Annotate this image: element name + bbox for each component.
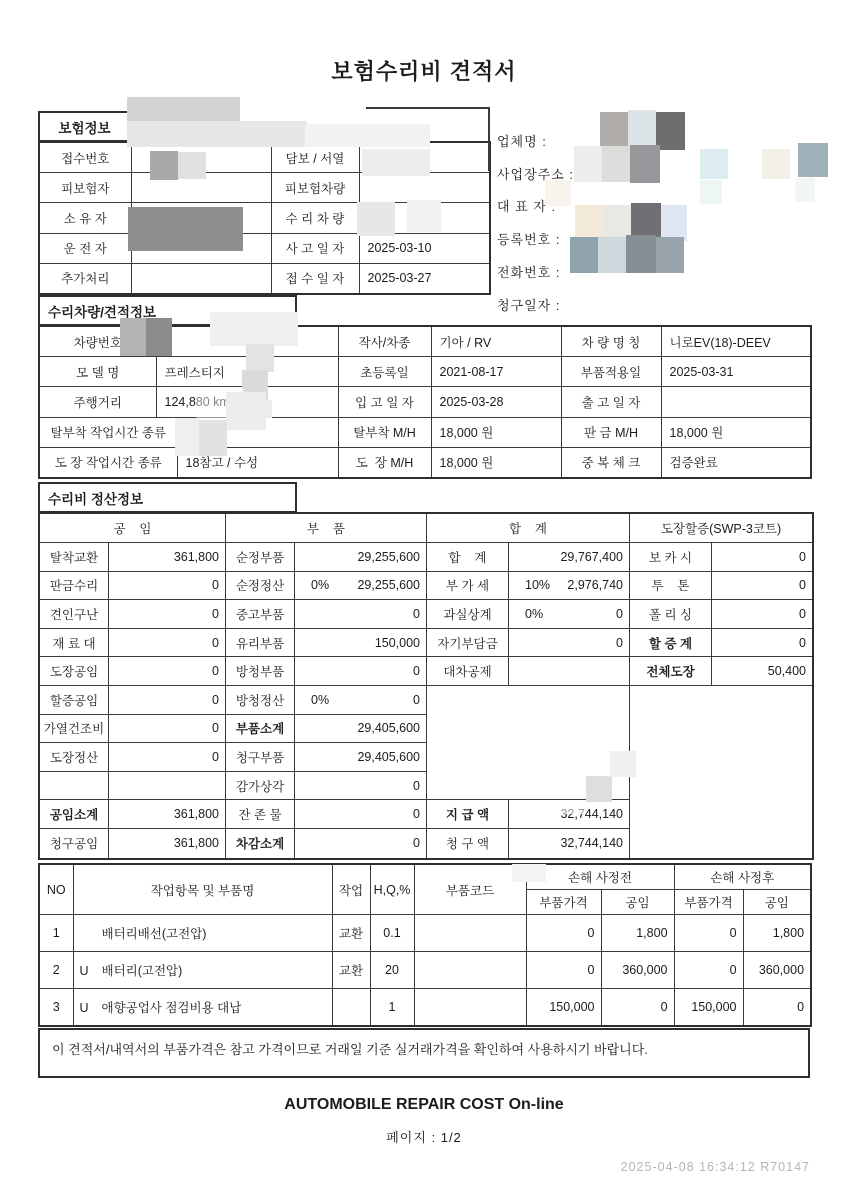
work-hq: 20: [370, 952, 414, 989]
field-label: 도 장 M/H: [338, 447, 431, 478]
settlement-value: [509, 657, 630, 686]
settlement-label: 잔 존 물: [226, 800, 295, 829]
field-value: 18,000 원: [431, 417, 561, 447]
settlement-value: 0: [109, 657, 226, 686]
settlement-label: 과실상계: [427, 600, 509, 629]
settlement-value: 0: [109, 686, 226, 715]
insurance-row: 피보험자피보험차량: [39, 173, 490, 203]
field-value: 2021-08-17: [431, 357, 561, 387]
redaction-blur: [656, 237, 684, 273]
settlement-value: 0%0: [509, 600, 630, 629]
redaction-blur: [357, 202, 395, 236]
field-label: 피보험차량: [271, 173, 359, 203]
print-timestamp: 2025-04-08 16:34:12 R70147: [38, 1160, 810, 1174]
work-no: 1: [39, 915, 73, 952]
settlement-value: 361,800: [109, 800, 226, 829]
after-part-price: 150,000: [674, 989, 743, 1027]
settlement-label: 차감소계: [226, 829, 295, 858]
redaction-blur: [586, 776, 612, 802]
vehicle-row: 모 델 명프레스티지초등록일2021-08-17부품적용일2025-03-31: [39, 357, 811, 387]
work-name-text: 애향공업사 점검비용 대납: [102, 1001, 242, 1015]
field-label: 부품적용일: [561, 357, 661, 387]
redaction-blur: [178, 152, 206, 179]
after-part-price: 0: [674, 915, 743, 952]
redaction-blur: [127, 97, 240, 122]
settlement-value: [109, 772, 226, 801]
field-value: 2025-03-10: [359, 233, 490, 263]
field-label: 작사/차종: [338, 326, 431, 357]
col-header-hq: H,Q,%: [370, 864, 414, 915]
work-name: U애향공업사 점검비용 대납: [73, 989, 332, 1027]
field-value: 니로EV(18)-DEEV: [661, 326, 811, 357]
settlement-label: 대차공제: [427, 657, 509, 686]
document-title: 보험수리비 견적서: [0, 55, 848, 86]
redaction-blur: [548, 800, 586, 814]
settlement-amount: 29,255,600: [357, 578, 420, 592]
field-value: 18,000 원: [661, 417, 811, 447]
settlement-value: 0: [109, 600, 226, 629]
field-label: 소 유 자: [39, 203, 131, 233]
vehicle-row: 도 장 작업시간 종류18참고 / 수성도 장 M/H18,000 원중 복 체…: [39, 447, 811, 478]
settlement-percent: 10%: [525, 578, 550, 592]
before-labor: 1,800: [601, 915, 674, 952]
settlement-value: 0: [712, 543, 812, 572]
field-label: 접 수 일 자: [271, 263, 359, 294]
redaction-blur: [545, 180, 571, 206]
settlement-value: 32,744,140: [509, 829, 630, 858]
redaction-blur: [146, 318, 172, 356]
redaction-blur: [574, 146, 602, 182]
settlement-value: 0: [109, 572, 226, 601]
company-field-label: 전화번호 :: [497, 262, 560, 281]
redaction-blur: [305, 124, 430, 147]
settlement-table: 공 임부 품합 계도장할증(SWP-3코트)탈착교환361,800판금수리0견인…: [38, 512, 814, 860]
redaction-blur: [610, 751, 636, 777]
redaction-blur: [127, 121, 307, 147]
work-hq: 0.1: [370, 915, 414, 952]
col-header-after: 손해 사정후: [674, 864, 811, 890]
settlement-value: 0: [295, 657, 427, 686]
before-labor: 0: [601, 989, 674, 1027]
settlement-label: 가열건조비: [40, 715, 109, 744]
settlement-value: 0: [295, 800, 427, 829]
settlement-value: 361,800: [109, 543, 226, 572]
work-items-table: NO 작업항목 및 부품명 작업 H,Q,% 부품코드 손해 사정전 손해 사정…: [38, 863, 812, 1027]
col-header-before: 손해 사정전: [526, 864, 674, 890]
before-part-price: 150,000: [526, 989, 601, 1027]
settlement-label: 합 계: [427, 543, 509, 572]
field-label: 초등록일: [338, 357, 431, 387]
settlement-value: 0: [295, 829, 427, 858]
company-field-label: 등록번호 :: [497, 229, 560, 248]
settlement-value: 0: [712, 572, 812, 601]
field-label: 탈부착 M/H: [338, 417, 431, 447]
settlement-label: 부품소계: [226, 715, 295, 744]
settlement-merged-empty: [630, 686, 812, 858]
settlement-label: 청구공임: [40, 829, 109, 858]
settlement-label: 청 구 액: [427, 829, 509, 858]
field-label: 판 금 M/H: [561, 417, 661, 447]
settlement-label: 청구부품: [226, 743, 295, 772]
work-part-code: [414, 952, 526, 989]
settlement-group-header: 합 계: [427, 514, 630, 543]
col-header-part-code: 부품코드: [414, 864, 526, 915]
settlement-value: 29,405,600: [295, 715, 427, 744]
after-labor: 0: [743, 989, 811, 1027]
field-label: 추가처리: [39, 263, 131, 294]
redaction-blur: [762, 149, 790, 179]
settlement-label: 탈착교환: [40, 543, 109, 572]
settlement-value: 0: [509, 629, 630, 658]
company-field-label: 업체명 :: [497, 131, 547, 150]
work-name-prefix: U: [80, 1001, 102, 1015]
redaction-blur: [210, 312, 298, 346]
settlement-value: 0: [109, 629, 226, 658]
field-label: 도 장 작업시간 종류: [39, 447, 177, 478]
settlement-label: 투 톤: [630, 572, 712, 601]
redaction-blur: [199, 420, 227, 456]
work-part-code: [414, 915, 526, 952]
col-header-no: NO: [39, 864, 73, 915]
work-item-row: 1배터리배선(고전압)교환0.101,80001,800: [39, 915, 811, 952]
settlement-value: 29,405,600: [295, 743, 427, 772]
work-name-text: 배터리(고전압): [102, 964, 183, 978]
settlement-label: 공임소계: [40, 800, 109, 829]
settlement-value: 0: [712, 629, 812, 658]
settlement-group-header: 도장할증(SWP-3코트): [630, 514, 812, 543]
before-part-price: 0: [526, 915, 601, 952]
field-value: 기아 / RV: [431, 326, 561, 357]
work-no: 2: [39, 952, 73, 989]
settlement-value: 10%2,976,740: [509, 572, 630, 601]
field-label: 접수번호: [39, 142, 131, 173]
redaction-blur: [628, 110, 656, 148]
settlement-label: 할증공임: [40, 686, 109, 715]
settlement-value: 50,400: [712, 657, 812, 686]
redaction-blur: [598, 237, 626, 273]
field-value: [661, 387, 811, 417]
settlement-label: 지 급 액: [427, 800, 509, 829]
work-name: U배터리(고전압): [73, 952, 332, 989]
company-field: 청구일자 :: [497, 288, 837, 321]
footer-brand: AUTOMOBILE REPAIR COST On-line: [0, 1096, 848, 1114]
work-part-code: [414, 989, 526, 1027]
redaction-blur: [602, 146, 630, 182]
redaction-blur: [600, 112, 628, 150]
work-no: 3: [39, 989, 73, 1027]
settlement-value: 0: [109, 743, 226, 772]
settlement-label: 견인구난: [40, 600, 109, 629]
work-type: 교환: [332, 952, 370, 989]
after-labor: 1,800: [743, 915, 811, 952]
field-value: [131, 263, 271, 294]
after-labor: 360,000: [743, 952, 811, 989]
settlement-label: 순정부품: [226, 543, 295, 572]
work-type: [332, 989, 370, 1027]
redaction-blur: [128, 207, 243, 251]
section-title-insurance: 보험정보: [38, 111, 131, 142]
settlement-percent: 0%: [311, 693, 329, 707]
work-item-row: 2U배터리(고전압)교환200360,0000360,000: [39, 952, 811, 989]
field-value: 검증완료: [661, 447, 811, 478]
settlement-label: 도장정산: [40, 743, 109, 772]
notice-text: 이 견적서/내역서의 부품가격은 참고 가격이므로 거래일 기준 실거래가격을 …: [52, 1042, 648, 1057]
field-label: 모 델 명: [39, 357, 156, 387]
settlement-label: 부 가 세: [427, 572, 509, 601]
field-value: [359, 173, 490, 203]
redaction-blur: [575, 205, 603, 241]
redaction-blur: [246, 344, 274, 372]
settlement-amount: 0: [616, 607, 623, 621]
company-field-label: 청구일자 :: [497, 295, 560, 314]
work-item-row: 3U애향공업사 점검비용 대납1150,0000150,0000: [39, 989, 811, 1027]
field-label: 차 량 명 칭: [561, 326, 661, 357]
divider-line: [366, 107, 489, 109]
col-header-before-labor: 공임: [601, 890, 674, 915]
section-title-settlement: 수리비 정산정보: [38, 482, 297, 513]
settlement-label: 재 료 대: [40, 629, 109, 658]
redaction-blur: [656, 112, 685, 150]
settlement-amount: 0: [413, 693, 420, 707]
settlement-label: 자기부담금: [427, 629, 509, 658]
settlement-value: 0: [295, 600, 427, 629]
settlement-label: 전체도장: [630, 657, 712, 686]
field-label: 피보험자: [39, 173, 131, 203]
settlement-label: 감가상각: [226, 772, 295, 801]
field-label: 탈부착 작업시간 종류: [39, 417, 177, 447]
vehicle-row: 탈부착 작업시간 종류1탈부착 M/H18,000 원판 금 M/H18,000…: [39, 417, 811, 447]
insurance-row: 운 전 자사 고 일 자2025-03-10: [39, 233, 490, 263]
field-value: 2025-03-31: [661, 357, 811, 387]
settlement-value: 361,800: [109, 829, 226, 858]
redaction-blur: [150, 151, 178, 180]
redaction-blur: [226, 392, 266, 430]
redaction-blur: [362, 149, 430, 176]
settlement-label: 유리부품: [226, 629, 295, 658]
scanned-estimate-document: 보험수리비 견적서 보험정보 접수번호담보 / 서열피보험자피보험차량소 유 자…: [0, 0, 848, 1200]
after-part-price: 0: [674, 952, 743, 989]
field-label: 입 고 일 자: [338, 387, 431, 417]
notice-box: 이 견적서/내역서의 부품가격은 참고 가격이므로 거래일 기준 실거래가격을 …: [38, 1028, 810, 1078]
settlement-percent: 0%: [525, 607, 543, 621]
work-name: 배터리배선(고전압): [73, 915, 332, 952]
redaction-blur: [798, 143, 828, 177]
settlement-label: 방청부품: [226, 657, 295, 686]
settlement-label: 순정정산: [226, 572, 295, 601]
settlement-value: 29,767,400: [509, 543, 630, 572]
settlement-amount: 2,976,740: [567, 578, 623, 592]
work-hq: 1: [370, 989, 414, 1027]
col-header-name: 작업항목 및 부품명: [73, 864, 332, 915]
settlement-value: 0: [109, 715, 226, 744]
field-label: 중 복 체 크: [561, 447, 661, 478]
page-indicator: 페이지 : 1/2: [0, 1127, 848, 1146]
settlement-label: [40, 772, 109, 801]
field-value: 18,000 원: [431, 447, 561, 478]
settlement-label: 중고부품: [226, 600, 295, 629]
work-type: 교환: [332, 915, 370, 952]
redaction-blur: [700, 149, 728, 179]
redaction-blur: [700, 180, 722, 204]
vehicle-row: 주행거리124,880 km입 고 일 자2025-03-28출 고 일 자: [39, 387, 811, 417]
settlement-value: 0: [295, 772, 427, 801]
redaction-blur: [661, 205, 687, 241]
settlement-value: 0%29,255,600: [295, 572, 427, 601]
settlement-value: 0%0: [295, 686, 427, 715]
field-label: 사 고 일 자: [271, 233, 359, 263]
settlement-value: 150,000: [295, 629, 427, 658]
work-name-prefix: U: [80, 964, 102, 978]
divider-line: [488, 107, 490, 171]
settlement-group-header: 부 품: [226, 514, 427, 543]
col-header-before-part-price: 부품가격: [526, 890, 601, 915]
settlement-label: 도장공임: [40, 657, 109, 686]
insurance-row: 추가처리접 수 일 자2025-03-27: [39, 263, 490, 294]
redaction-blur: [512, 864, 546, 882]
field-label: 운 전 자: [39, 233, 131, 263]
field-label: 수 리 차 량: [271, 203, 359, 233]
col-header-work: 작업: [332, 864, 370, 915]
redaction-blur: [795, 178, 815, 202]
settlement-value: 0: [712, 600, 812, 629]
settlement-label: 방청정산: [226, 686, 295, 715]
settlement-percent: 0%: [311, 578, 329, 592]
redaction-blur: [120, 318, 146, 356]
col-header-after-labor: 공임: [743, 890, 811, 915]
work-name-text: 배터리배선(고전압): [102, 927, 207, 941]
redaction-blur: [407, 200, 441, 232]
settlement-label: 폴 리 싱: [630, 600, 712, 629]
field-value: 2025-03-27: [359, 263, 490, 294]
redaction-blur: [175, 418, 199, 456]
settlement-group-header: 공 임: [40, 514, 226, 543]
before-part-price: 0: [526, 952, 601, 989]
settlement-label: 보 카 시: [630, 543, 712, 572]
field-value: 2025-03-28: [431, 387, 561, 417]
field-label: 출 고 일 자: [561, 387, 661, 417]
settlement-label: 할 증 계: [630, 629, 712, 658]
redaction-blur: [630, 145, 660, 183]
redaction-blur: [626, 235, 656, 273]
settlement-label: 판금수리: [40, 572, 109, 601]
before-labor: 360,000: [601, 952, 674, 989]
field-label: 주행거리: [39, 387, 156, 417]
redaction-blur: [570, 237, 598, 273]
settlement-value: 29,255,600: [295, 543, 427, 572]
col-header-after-part-price: 부품가격: [674, 890, 743, 915]
